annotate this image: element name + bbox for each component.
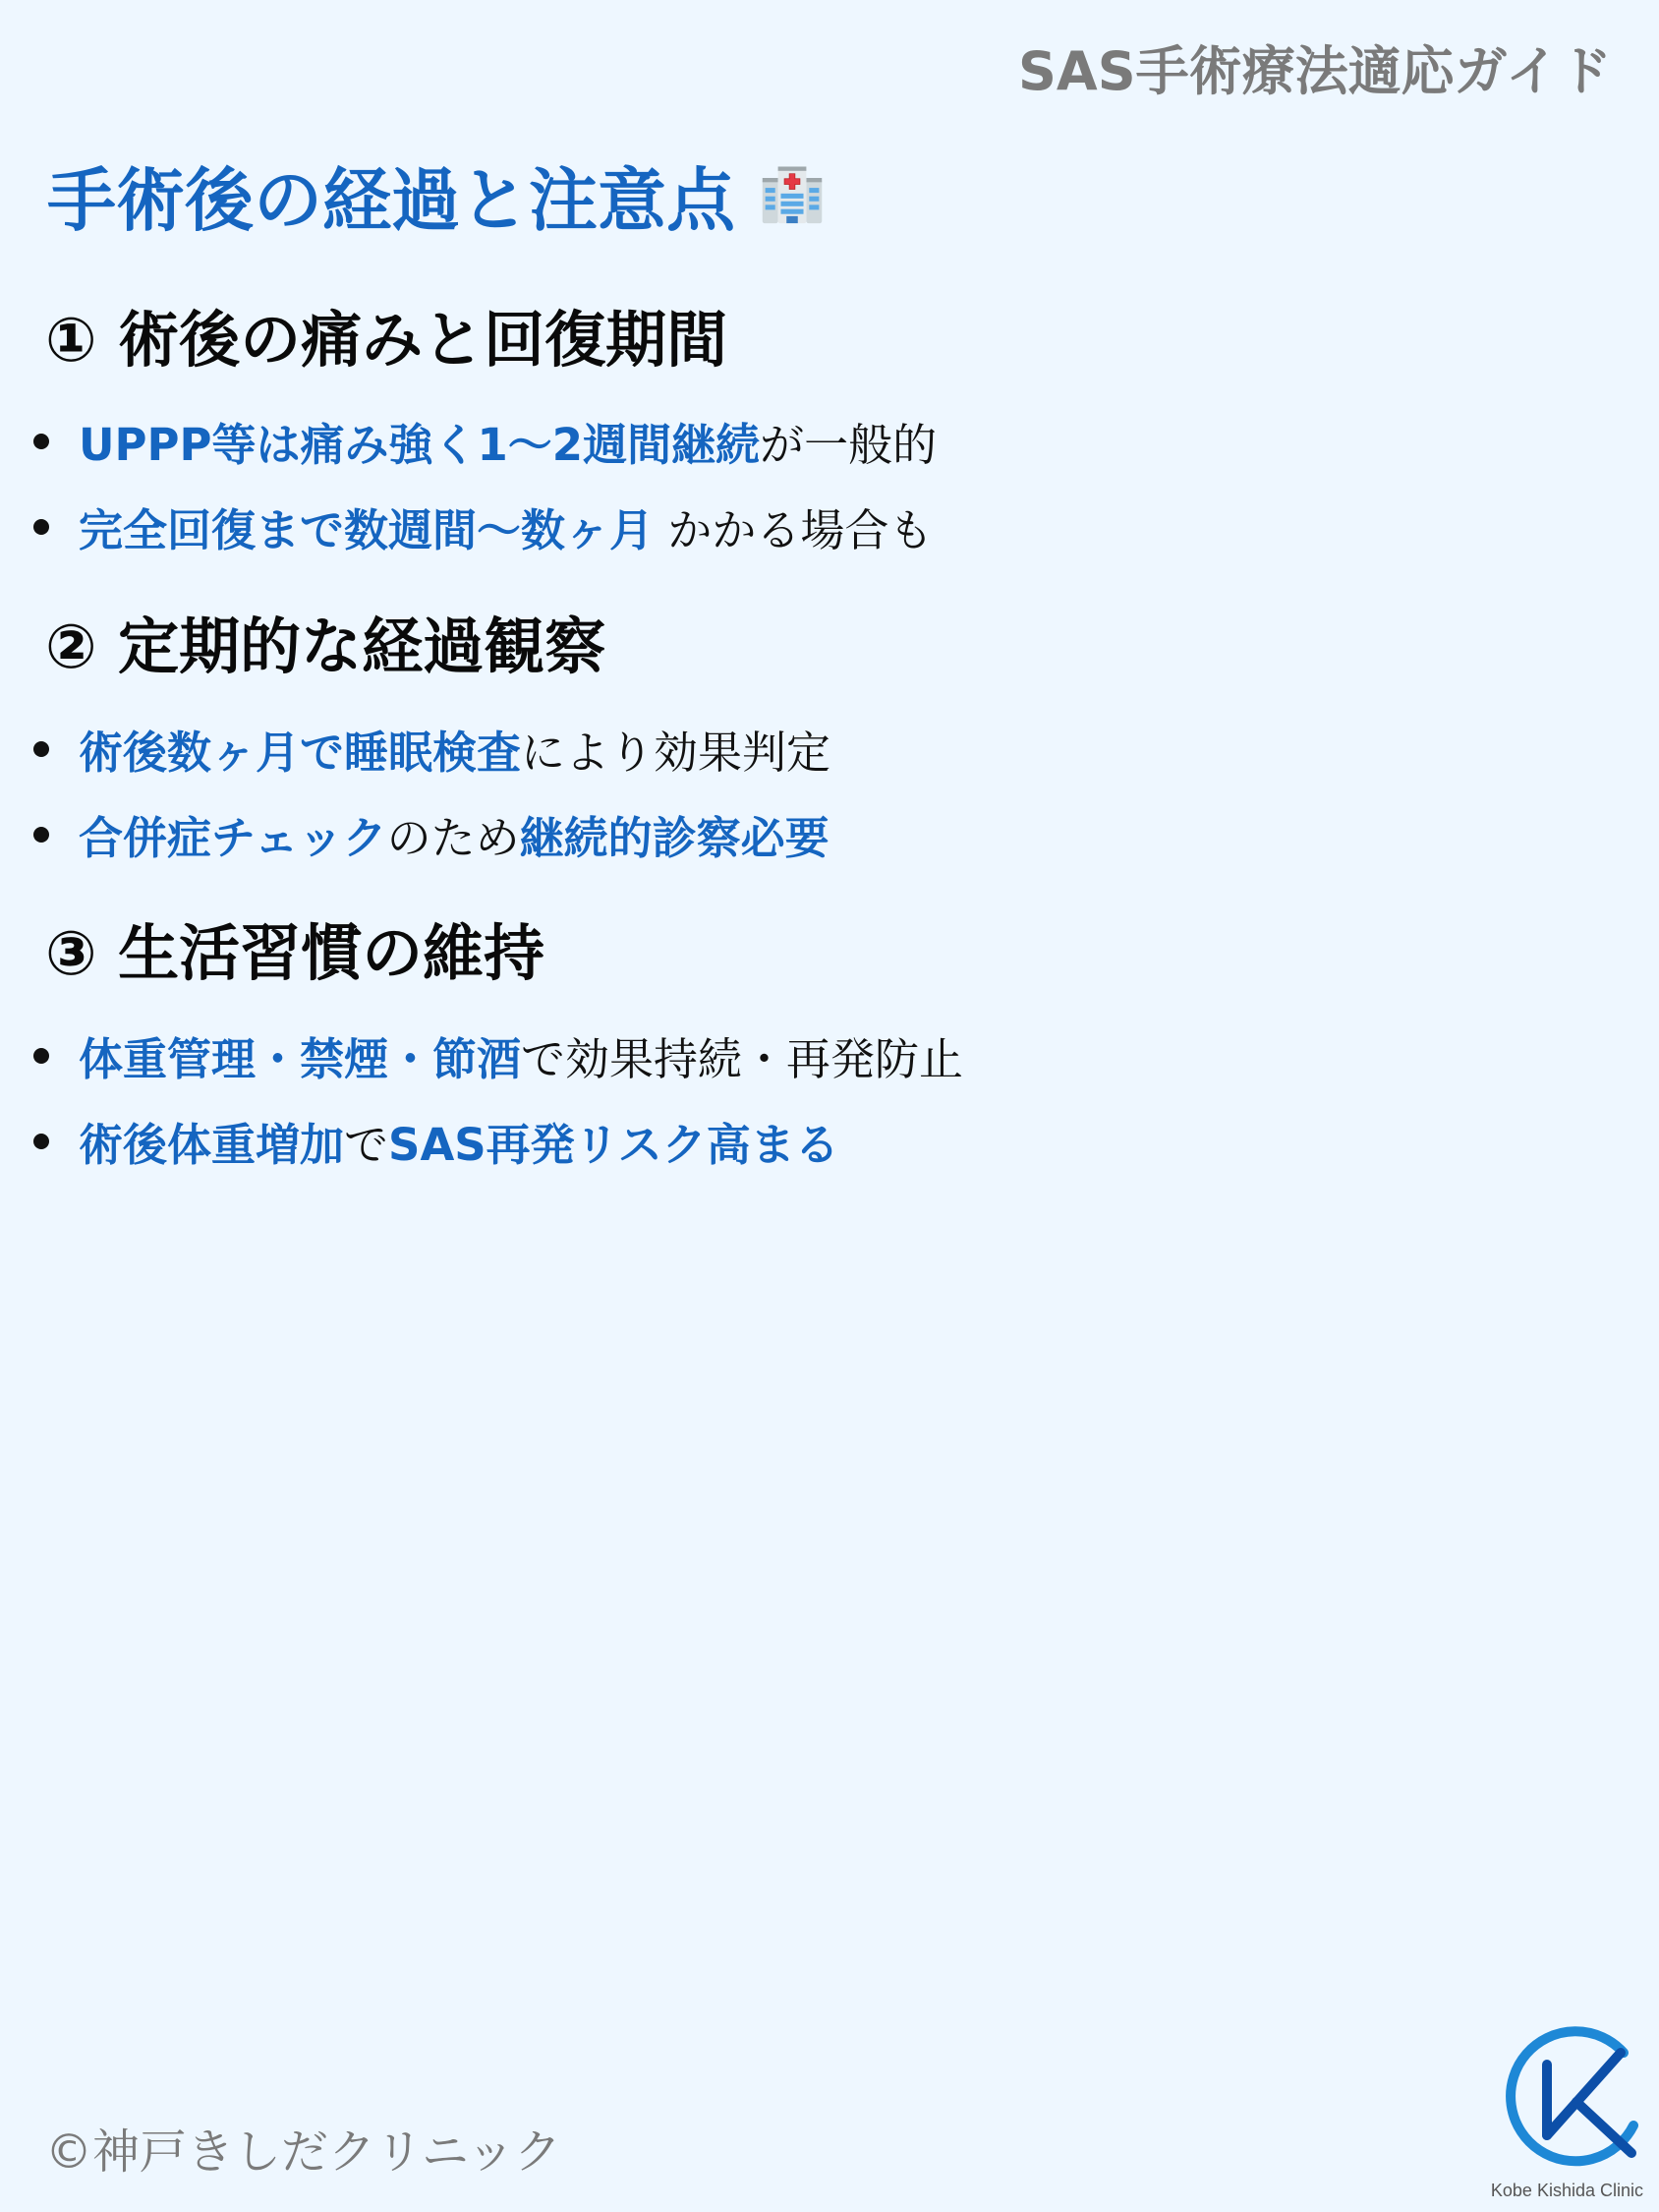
clinic-logo-icon xyxy=(1486,2015,1653,2173)
plain-text: で効果持続・再発防止 xyxy=(521,1023,963,1087)
plain-text: のため xyxy=(387,802,520,866)
page-title-text: 手術後の経過と注意点 xyxy=(47,146,735,245)
plain-text: が一般的 xyxy=(760,409,937,473)
list-item: 完全回復まで数週間〜数ヶ月 かかる場合も xyxy=(29,495,933,558)
bullet-icon xyxy=(33,434,49,449)
emphasis-text: 合併症チェック xyxy=(79,802,387,866)
plain-text: かかる場合も xyxy=(654,495,933,558)
list-item: 体重管理・禁煙・節酒で効果持続・再発防止 xyxy=(29,1023,963,1087)
bullet-icon xyxy=(33,1134,49,1149)
section-heading-1: ① 術後の痛みと回復期間 xyxy=(45,291,727,378)
list-item: 術後体重増加でSAS再発リスク高まる xyxy=(29,1109,839,1173)
section-heading-3: ③ 生活習慣の維持 xyxy=(45,904,544,992)
list-item: 合併症チェックのため継続的診察必要 xyxy=(29,802,829,866)
bullet-icon xyxy=(33,827,49,843)
section-heading-2: ② 定期的な経過観察 xyxy=(45,598,605,685)
emphasis-text: 継続的診察必要 xyxy=(520,802,829,866)
emphasis-text: 術後数ヶ月で睡眠検査 xyxy=(79,717,521,781)
emphasis-text: UPPP等は痛み強く1〜2週間継続 xyxy=(79,409,760,473)
plain-text: により効果判定 xyxy=(521,717,830,781)
bullet-icon xyxy=(33,519,49,535)
emphasis-text: SAS再発リスク高まる xyxy=(388,1109,839,1173)
copyright-text: ©神戸きしだクリニック xyxy=(45,2114,561,2182)
hospital-icon xyxy=(757,160,828,231)
emphasis-text: 術後体重増加 xyxy=(79,1109,344,1173)
logo-text: Kobe Kishida Clinic xyxy=(1491,2181,1643,2201)
emphasis-text: 体重管理・禁煙・節酒 xyxy=(79,1023,521,1087)
emphasis-text: 完全回復まで数週間〜数ヶ月 xyxy=(79,495,654,558)
list-item: 術後数ヶ月で睡眠検査により効果判定 xyxy=(29,717,830,781)
header-title: SAS手術療法適応ガイド xyxy=(1018,29,1612,105)
bullet-icon xyxy=(33,741,49,757)
page-title: 手術後の経過と注意点 xyxy=(47,146,828,245)
list-item: UPPP等は痛み強く1〜2週間継続が一般的 xyxy=(29,409,937,473)
plain-text: で xyxy=(344,1109,388,1173)
bullet-icon xyxy=(33,1048,49,1064)
